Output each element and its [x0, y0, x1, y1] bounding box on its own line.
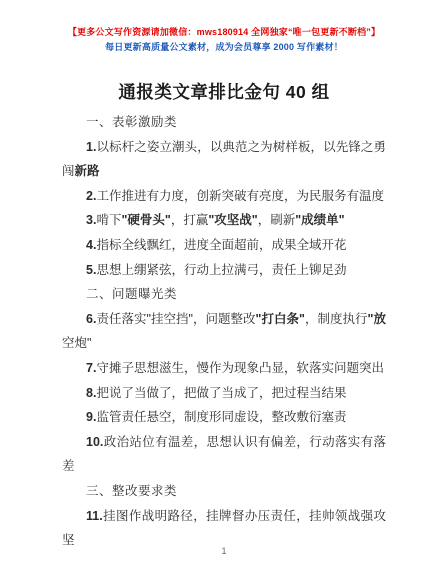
text-run: 啃下	[96, 213, 121, 227]
text-run: 以标杆之姿立潮头，以典范之为树样板，以先锋之勇闯	[62, 140, 386, 179]
document-page: 【更多公文写作资源请加微信：mws180914 全网独家“唯一包更新不断档”】 …	[0, 0, 448, 580]
text-run: ，打赢	[171, 213, 209, 227]
page-number: 1	[0, 546, 448, 556]
list-item: 6.责任落实"挂空挡"，问题整改"打白条"，制度执行"放空炮"	[62, 307, 386, 356]
text-run: 监管责任悬空，制度形同虚设，整改敷衍塞责	[96, 410, 346, 424]
list-item: 2.工作推进有力度，创新突破有亮度，为民服务有温度	[62, 184, 386, 209]
list-item: 4.指标全线飘红，进度全面超前，成果全域开花	[62, 233, 386, 258]
text-run: ，制度执行	[305, 312, 368, 326]
bold-text: 6.	[86, 312, 96, 326]
text-run: 工作推进有力度，创新突破有亮度，为民服务有温度	[96, 189, 384, 203]
text-run: 政治站位有温差，思想认识有偏差，行动落实有落差	[62, 435, 386, 474]
bold-text: 8.	[86, 386, 96, 400]
text-run: ，刷新	[258, 213, 296, 227]
promo-header-line1: 【更多公文写作资源请加微信：mws180914 全网独家“唯一包更新不断档”】	[0, 25, 448, 40]
list-item: 9.监管责任悬空，制度形同虚设，整改敷衍塞责	[62, 405, 386, 430]
text-run: 思想上绷紧弦，行动上拉满弓，责任上铆足劲	[96, 263, 346, 277]
bold-text: "攻坚战"	[208, 213, 257, 227]
bold-text: 11.	[86, 509, 103, 523]
bold-text: 7.	[86, 361, 96, 375]
promo-header-line2: 每日更新高质量公文素材，成为会员尊享 2000 写作素材！	[0, 40, 448, 55]
list-item: 3.啃下"硬骨头"，打赢"攻坚战"，刷新"成绩单"	[62, 208, 386, 233]
list-item: 5.思想上绷紧弦，行动上拉满弓，责任上铆足劲	[62, 258, 386, 283]
section-heading: 一、表彰激励类	[62, 110, 386, 135]
document-body: 一、表彰激励类1.以标杆之姿立潮头，以典范之为树样板，以先锋之勇闯新路2.工作推…	[0, 110, 448, 553]
page-title: 通报类文章排比金句 40 组	[30, 79, 418, 104]
text-run: 守摊子思想滋生，慢作为现象凸显，软落实问题突出	[96, 361, 384, 375]
text-run: 责任落实"挂空挡"，问题整改	[96, 312, 255, 326]
bold-text: 10.	[86, 435, 103, 449]
bold-text: 1.	[86, 140, 96, 154]
list-item: 8.把说了当做了，把做了当成了，把过程当结果	[62, 381, 386, 406]
bold-text: "硬骨头"	[121, 213, 170, 227]
section-heading: 三、整改要求类	[62, 479, 386, 504]
list-item: 10.政治站位有温差，思想认识有偏差，行动落实有落差	[62, 430, 386, 479]
bold-text: "成绩单"	[295, 213, 344, 227]
bold-text: 9.	[86, 410, 96, 424]
section-heading: 二、问题曝光类	[62, 282, 386, 307]
text-run: 挂图作战明路径，挂牌督办压责任，挂帅领战强攻坚	[62, 509, 386, 548]
bold-text: 3.	[86, 213, 96, 227]
bold-text: 2.	[86, 189, 96, 203]
bold-text: 5.	[86, 263, 96, 277]
bold-text: "打白条"	[256, 312, 305, 326]
list-item: 1.以标杆之姿立潮头，以典范之为树样板，以先锋之勇闯新路	[62, 135, 386, 184]
bold-text: "放	[368, 312, 386, 326]
bold-text: 新路	[75, 164, 100, 178]
bold-text: 4.	[86, 238, 96, 252]
promo-header: 【更多公文写作资源请加微信：mws180914 全网独家“唯一包更新不断档”】 …	[0, 0, 448, 55]
text-run: 空炮"	[62, 336, 91, 350]
text-run: 把说了当做了，把做了当成了，把过程当结果	[96, 386, 346, 400]
text-run: 指标全线飘红，进度全面超前，成果全域开花	[96, 238, 346, 252]
list-item: 7.守摊子思想滋生，慢作为现象凸显，软落实问题突出	[62, 356, 386, 381]
